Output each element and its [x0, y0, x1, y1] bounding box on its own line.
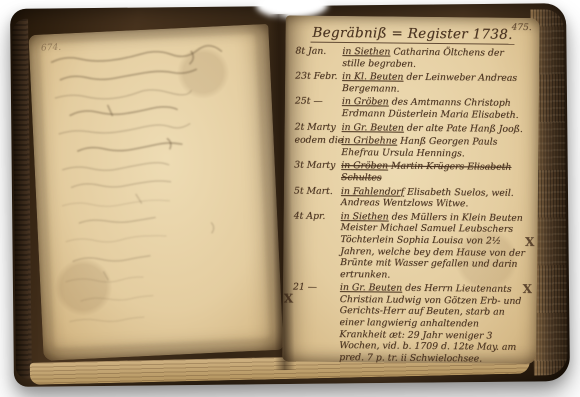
register-entry: 4t Apr. in Siethen des Müllers in Klein … — [293, 210, 528, 282]
entry-date: 5t Mart. — [294, 185, 340, 197]
margin-x-mark: X — [284, 294, 293, 306]
entry-place: in Gr. Beuten — [342, 122, 404, 134]
page-header: Begräbniß = Register 1738. 475. — [296, 22, 530, 43]
entry-date: 25t — — [295, 96, 341, 108]
entry-date: 4t Apr. — [294, 210, 340, 222]
book-spine-edge — [12, 19, 32, 379]
entry-detail: der alte Pate Hanß Jooß. — [407, 122, 523, 134]
entry-text: in Gribehne Hanß Georgen Pauls Ehefrau U… — [341, 135, 528, 160]
entry-place: in Fahlendorf — [341, 186, 404, 198]
entry-text: in Siethen des Müllers in Klein Beuten M… — [340, 211, 528, 283]
entry-text: in Siethen Catharina Öltchens der stille… — [342, 46, 529, 71]
register-entry: 8t Jan. in Siethen Catharina Öltchens de… — [295, 46, 529, 72]
entry-text: in Fahlendorf Elisabeth Suelos, weil. An… — [341, 186, 528, 211]
entry-place: in Gröben — [342, 96, 389, 107]
entry-date: 3t Marty — [294, 160, 340, 172]
entry-text: in Gr. Beuten des Herrn Lieutenants Chri… — [339, 282, 527, 365]
entry-text: in Gröben des Amtmanns Christoph Erdmann… — [342, 96, 529, 121]
register-entry: 2t Marty in Gr. Beuten der alte Pate Han… — [295, 121, 529, 135]
entry-date: 23t Febr. — [295, 71, 341, 83]
entry-place: in Gr. Beuten — [340, 282, 402, 294]
left-page: 674. — [28, 24, 283, 361]
register-entry: 23t Febr. in Kl. Beuten der Leinweber An… — [295, 71, 529, 97]
entry-date: 2t Marty — [295, 121, 341, 133]
entry-place: in Siethen — [342, 46, 390, 58]
left-page-faint-writing — [43, 43, 269, 353]
entry-text: in Gröben Martin Krügers Elisabeth Schul… — [341, 160, 528, 185]
register-entry: 25t — in Gröben des Amtmanns Christoph E… — [295, 96, 529, 122]
book: 674. — [10, 3, 570, 387]
entry-date: 21 — — [293, 282, 339, 294]
register-entry: X 21 — in Gr. Beuten des Herrn Lieutenan… — [292, 282, 527, 366]
register-entry-crossed-out: 3t Marty in Gröben Martin Krügers Elisab… — [294, 160, 528, 186]
register-entries: 8t Jan. in Siethen Catharina Öltchens de… — [292, 46, 529, 366]
right-page-content: Begräbniß = Register 1738. 475. 8t Jan. … — [292, 22, 529, 354]
register-entry: eodem die in Gribehne Hanß Georgen Pauls… — [294, 135, 528, 161]
register-title: Begräbniß = Register 1738. — [310, 25, 514, 45]
entry-place: in Siethen — [341, 211, 389, 223]
right-page: Begräbniß = Register 1738. 475. 8t Jan. … — [282, 15, 540, 364]
entry-text: in Kl. Beuten der Leinweber Andreas Berg… — [342, 71, 529, 96]
entry-date: 8t Jan. — [295, 46, 341, 58]
right-page-number: 475. — [512, 23, 532, 33]
register-entry: 5t Mart. in Fahlendorf Elisabeth Suelos,… — [294, 185, 528, 211]
entry-place: in Kl. Beuten — [342, 71, 403, 83]
margin-x-mark: X — [523, 284, 532, 296]
entry-detail: des Herrn Lieutenants Christian Ludwig v… — [339, 283, 521, 364]
photo-of-open-register-book: 674. — [0, 0, 580, 397]
entry-text: in Gr. Beuten der alte Pate Hanß Jooß. — [342, 122, 529, 136]
entry-place: in Gribehne — [341, 135, 397, 147]
margin-x-mark: X — [525, 237, 534, 249]
entry-date: eodem die — [294, 135, 340, 147]
entry-place: in Gröben — [341, 160, 388, 171]
